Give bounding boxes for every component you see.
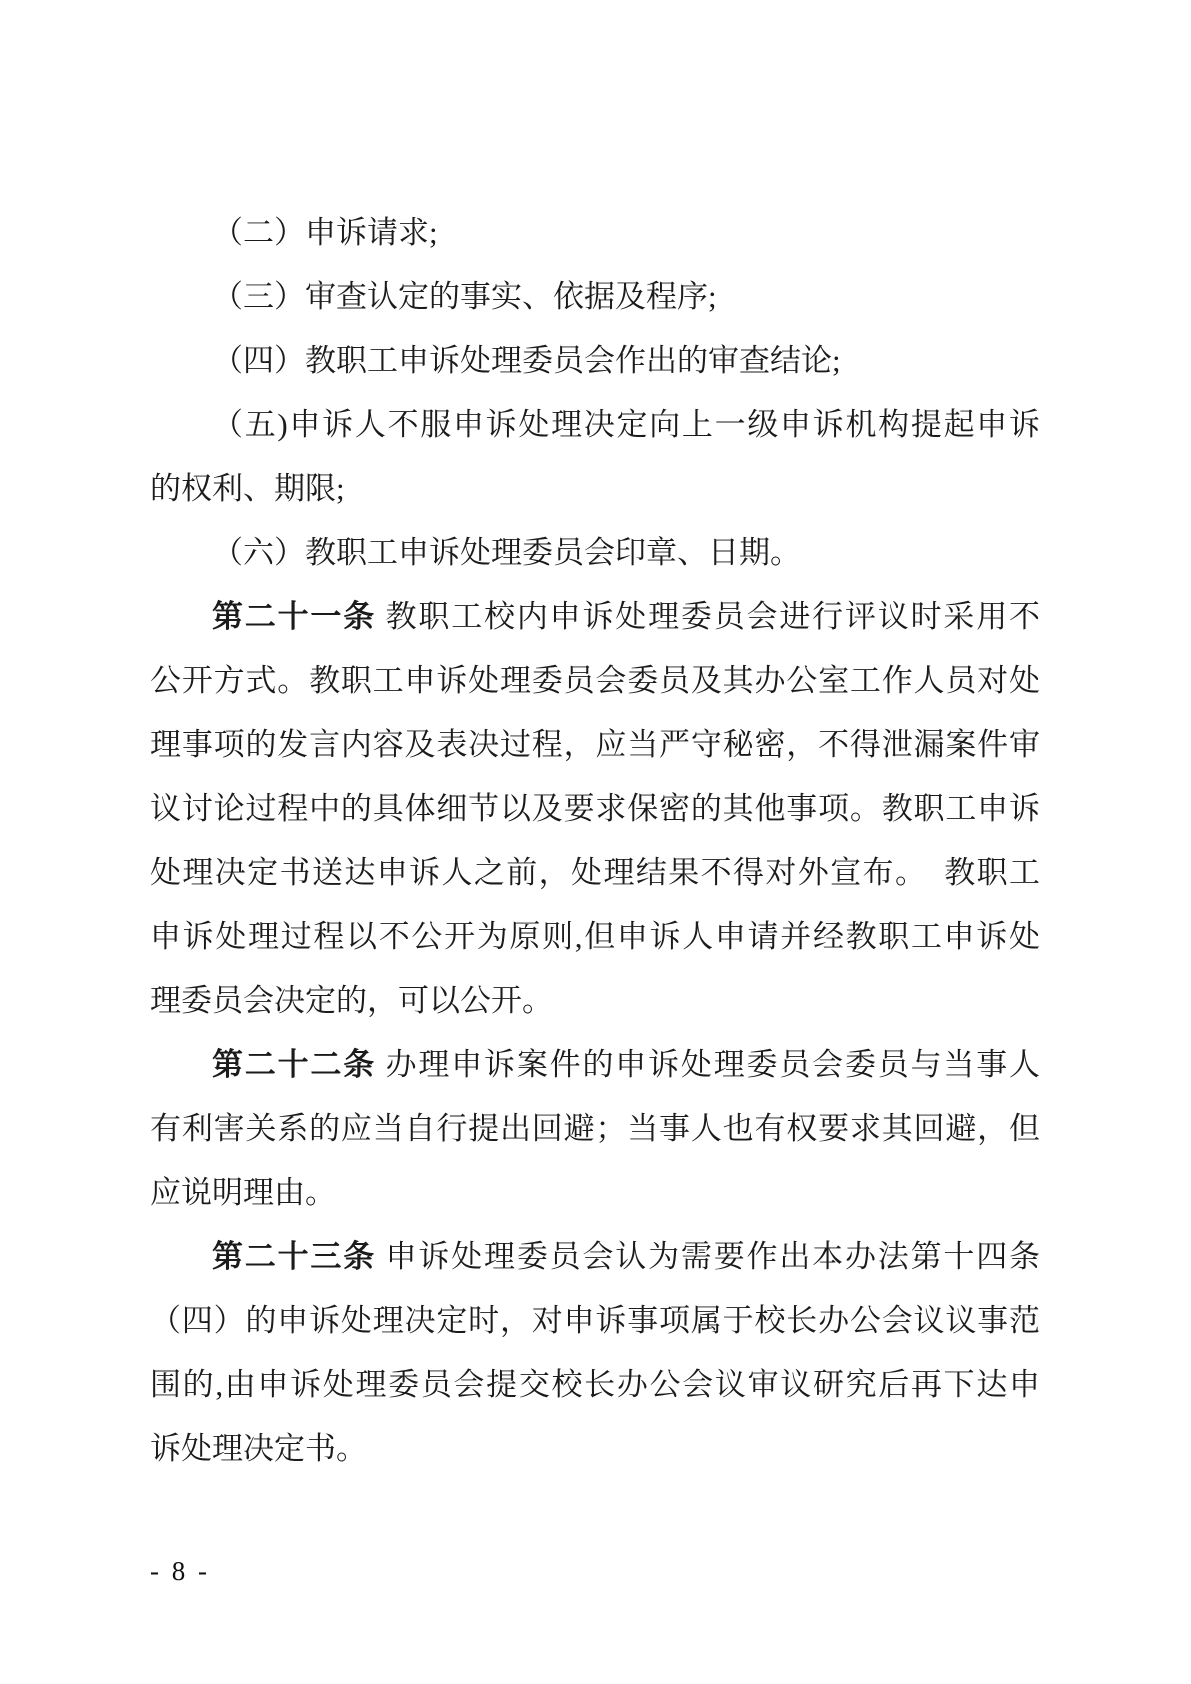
- line-text: 诉处理决定书。: [150, 1431, 367, 1466]
- document-body: （二）申诉请求;（三）审查认定的事实、依据及程序;（四）教职工申诉处理委员会作出…: [150, 201, 1040, 1481]
- line-text: 理委员会决定的，可以公开。: [150, 983, 553, 1018]
- line-text: 应说明理由。: [150, 1175, 336, 1210]
- line-text: 申诉处理委员会认为需要作出本办法第十四条: [376, 1239, 1040, 1274]
- document-line: 第二十二条 办理申诉案件的申诉处理委员会委员与当事人: [150, 1033, 1040, 1097]
- document-line: 的权利、期限;: [150, 457, 1040, 521]
- line-text: 围的,由申诉处理委员会提交校长办公会议审议研究后再下达申: [150, 1367, 1040, 1402]
- line-text: （四）的申诉处理决定时，对申诉事项属于校长办公会议议事范: [150, 1303, 1040, 1338]
- document-line: （四）的申诉处理决定时，对申诉事项属于校长办公会议议事范: [150, 1289, 1040, 1353]
- line-text: （四）教职工申诉处理委员会作出的审查结论;: [212, 343, 841, 378]
- document-line: 申诉处理过程以不公开为原则,但申诉人申请并经教职工申诉处: [150, 905, 1040, 969]
- document-line: 应说明理由。: [150, 1161, 1040, 1225]
- document-line: 议讨论过程中的具体细节以及要求保密的其他事项。教职工申诉: [150, 777, 1040, 841]
- line-text: （二）申诉请求;: [212, 215, 438, 250]
- document-line: 围的,由申诉处理委员会提交校长办公会议审议研究后再下达申: [150, 1353, 1040, 1417]
- article-heading: 第二十三条: [212, 1239, 376, 1274]
- document-line: 处理决定书送达申诉人之前，处理结果不得对外宣布。 教职工: [150, 841, 1040, 905]
- document-line: 第二十三条 申诉处理委员会认为需要作出本办法第十四条: [150, 1225, 1040, 1289]
- page-number: - 8 -: [150, 1556, 210, 1586]
- line-text: 的权利、期限;: [150, 471, 345, 506]
- line-text: 处理决定书送达申诉人之前，处理结果不得对外宣布。 教职工: [150, 855, 1040, 890]
- line-text: （五)申诉人不服申诉处理决定向上一级申诉机构提起申诉: [212, 407, 1040, 442]
- document-line: （三）审查认定的事实、依据及程序;: [150, 265, 1040, 329]
- line-text: 教职工校内申诉处理委员会进行评议时采用不: [376, 599, 1040, 634]
- document-line: （四）教职工申诉处理委员会作出的审查结论;: [150, 329, 1040, 393]
- document-line: 第二十一条 教职工校内申诉处理委员会进行评议时采用不: [150, 585, 1040, 649]
- line-text: 公开方式。教职工申诉处理委员会委员及其办公室工作人员对处: [150, 663, 1040, 698]
- line-text: 理事项的发言内容及表决过程，应当严守秘密，不得泄漏案件审: [150, 727, 1040, 762]
- line-text: （六）教职工申诉处理委员会印章、日期。: [212, 535, 801, 570]
- document-line: （二）申诉请求;: [150, 201, 1040, 265]
- line-text: 办理申诉案件的申诉处理委员会委员与当事人: [376, 1047, 1040, 1082]
- document-line: 有利害关系的应当自行提出回避；当事人也有权要求其回避，但: [150, 1097, 1040, 1161]
- document-line: 理事项的发言内容及表决过程，应当严守秘密，不得泄漏案件审: [150, 713, 1040, 777]
- article-heading: 第二十一条: [212, 599, 376, 634]
- line-text: 申诉处理过程以不公开为原则,但申诉人申请并经教职工申诉处: [150, 919, 1040, 954]
- line-text: （三）审查认定的事实、依据及程序;: [212, 279, 717, 314]
- line-text: 有利害关系的应当自行提出回避；当事人也有权要求其回避，但: [150, 1111, 1040, 1146]
- line-text: 议讨论过程中的具体细节以及要求保密的其他事项。教职工申诉: [150, 791, 1040, 826]
- document-line: 理委员会决定的，可以公开。: [150, 969, 1040, 1033]
- document-line: 诉处理决定书。: [150, 1417, 1040, 1481]
- article-heading: 第二十二条: [212, 1047, 376, 1082]
- document-line: （五)申诉人不服申诉处理决定向上一级申诉机构提起申诉: [150, 393, 1040, 457]
- document-line: 公开方式。教职工申诉处理委员会委员及其办公室工作人员对处: [150, 649, 1040, 713]
- document-line: （六）教职工申诉处理委员会印章、日期。: [150, 521, 1040, 585]
